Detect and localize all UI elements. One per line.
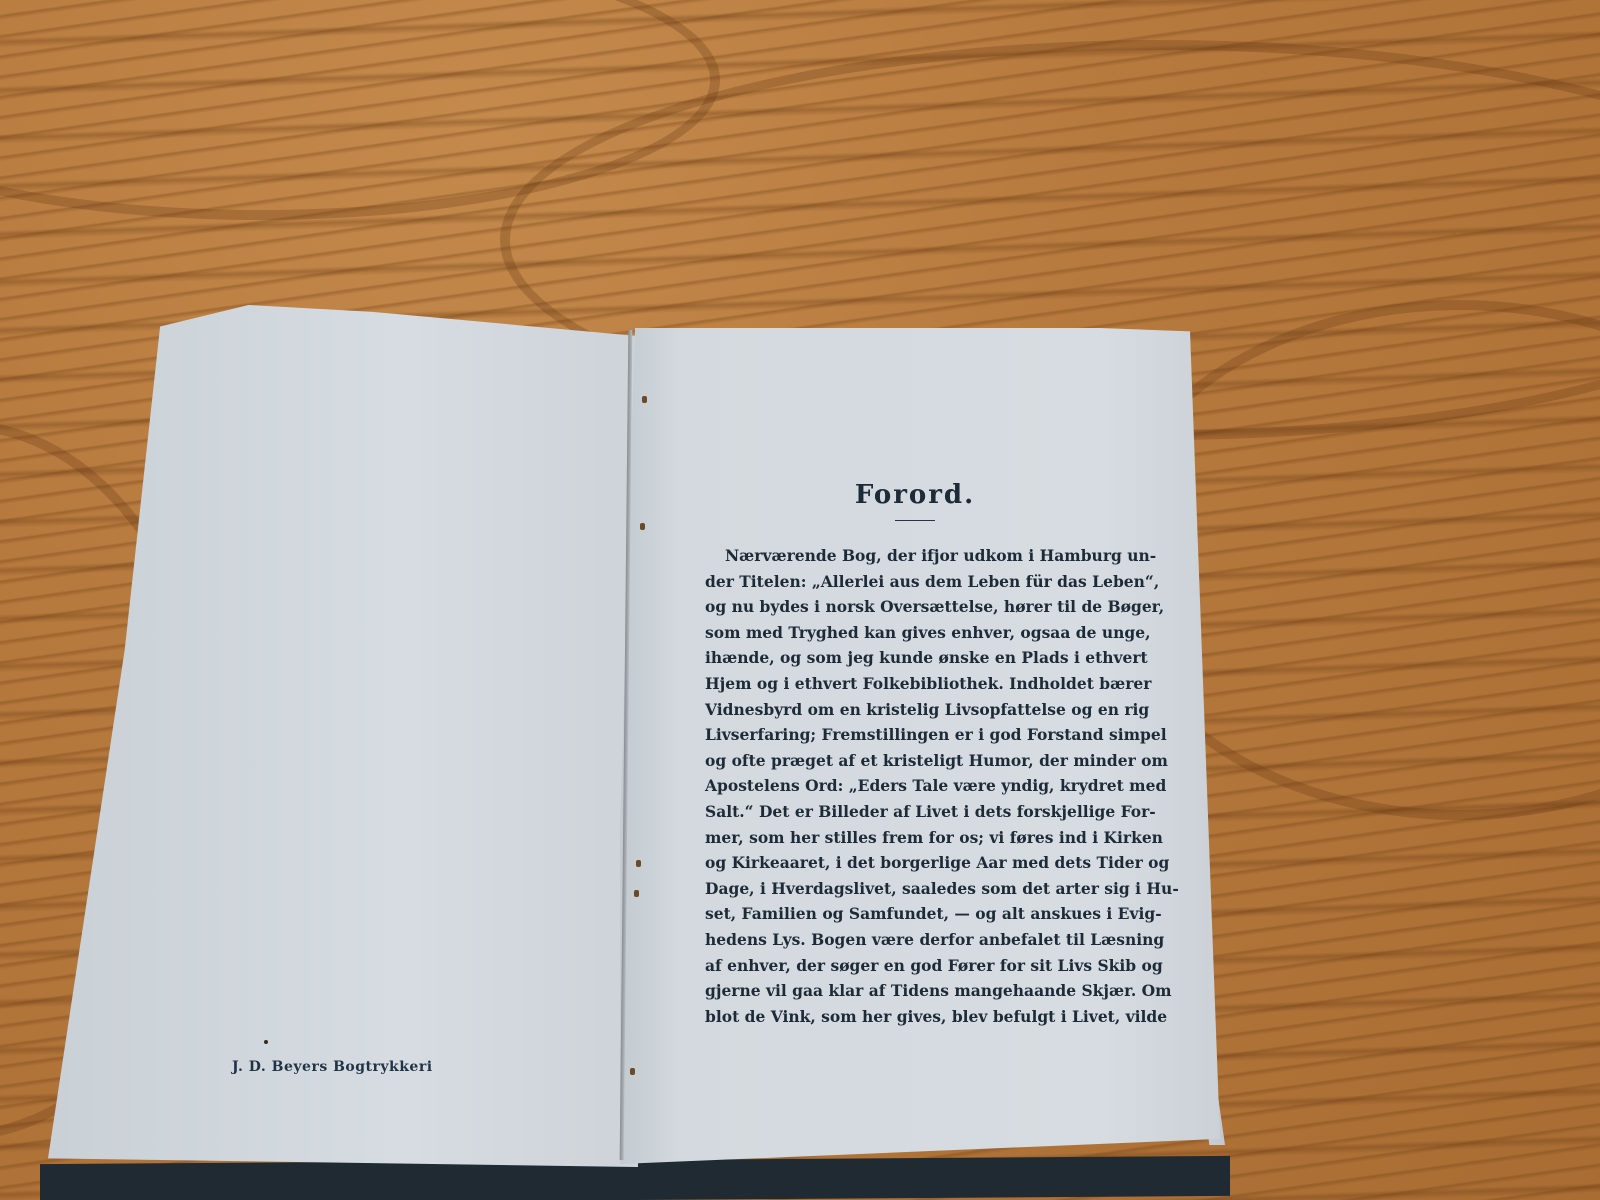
paper-speck — [264, 1040, 268, 1044]
text-line: hedens Lys. Bogen være derfor anbefalet … — [705, 927, 1125, 953]
text-line: Salt.“ Det er Billeder af Livet i dets f… — [705, 799, 1125, 825]
text-line: blot de Vink, som her gives, blev befulg… — [705, 1004, 1125, 1030]
binding-stitch — [640, 523, 645, 530]
text-line: ihænde, og som jeg kunde ønske en Plads … — [705, 645, 1125, 671]
title-rule — [895, 520, 935, 521]
text-line: Vidnesbyrd om en kristelig Livsopfattels… — [705, 697, 1125, 723]
text-line: der Titelen: „Allerlei aus dem Leben für… — [705, 569, 1125, 595]
text-line: Dage, i Hverdagslivet, saaledes som det … — [705, 876, 1125, 902]
text-line: set, Familien og Samfundet, — og alt ans… — [705, 901, 1125, 927]
text-line: Nærværende Bog, der ifjor udkom i Hambur… — [705, 543, 1125, 569]
text-line: mer, som her stilles frem for os; vi før… — [705, 825, 1125, 851]
text-line: gjerne vil gaa klar af Tidens mangehaand… — [705, 978, 1125, 1004]
text-line: af enhver, der søger en god Fører for si… — [705, 953, 1125, 979]
text-line: Hjem og i ethvert Folkebibliothek. Indho… — [705, 671, 1125, 697]
preface-text: Forord. Nærværende Bog, der ifjor udkom … — [705, 480, 1125, 1029]
binding-stitch — [642, 396, 647, 403]
binding-stitch — [636, 860, 641, 867]
preface-title: Forord. — [705, 480, 1125, 510]
text-line: Livserfaring; Fremstillingen er i god Fo… — [705, 722, 1125, 748]
binding-stitch — [634, 890, 639, 897]
text-line: Apostelens Ord: „Eders Tale være yndig, … — [705, 773, 1125, 799]
binding-stitch — [630, 1068, 635, 1075]
printer-imprint: J. D. Beyers Bogtrykkeri — [232, 1059, 433, 1075]
text-line: og ofte præget af et kristeligt Humor, d… — [705, 748, 1125, 774]
text-line: som med Tryghed kan gives enhver, ogsaa … — [705, 620, 1125, 646]
text-line: og Kirkeaaret, i det borgerlige Aar med … — [705, 850, 1125, 876]
text-line: og nu bydes i norsk Oversættelse, hører … — [705, 594, 1125, 620]
left-page — [48, 305, 638, 1167]
